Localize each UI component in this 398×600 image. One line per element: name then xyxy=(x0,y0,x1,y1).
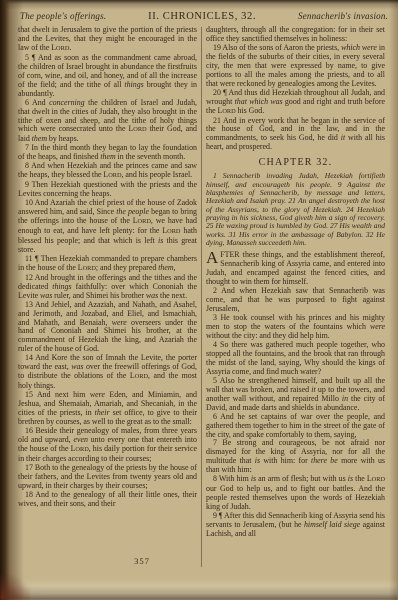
page-text-block: The people's offerings. II. CHRONICLES, … xyxy=(18,11,390,567)
verse: AFTER these things, and the establishmen… xyxy=(206,251,385,287)
verse-continuation: that dwelt in Jerusalem to give the port… xyxy=(18,26,197,54)
verse-number: 6 xyxy=(213,412,217,421)
verse: 12 And brought in the offerings and the … xyxy=(18,274,197,301)
verse: 20 ¶ And thus did Hezekiah throughout al… xyxy=(206,89,385,117)
verse: 18 And to the genealogy of all their lit… xyxy=(18,491,197,509)
verse-number: 9 xyxy=(25,180,29,189)
verse-number: 11 xyxy=(25,254,33,263)
verse-number: 15 xyxy=(25,390,33,399)
verse: 19 Also of the sons of Aaron the priests… xyxy=(206,44,385,89)
drop-cap-letter: A xyxy=(206,251,220,266)
verse: 17 Both to the genealogy of the priests … xyxy=(18,464,197,491)
verse-continuation: daughters, through all the congregation:… xyxy=(206,26,385,44)
verse-number: 16 xyxy=(25,426,33,435)
running-head: The people's offerings. II. CHRONICLES, … xyxy=(20,11,388,22)
verse-number: 17 xyxy=(25,463,33,472)
running-head-center: II. CHRONICLES, 32. xyxy=(148,11,256,22)
verse: 5 ¶ And as soon as the commandment came … xyxy=(18,54,197,99)
column-divider xyxy=(201,27,202,567)
verse-number: 3 xyxy=(213,313,217,322)
verse: 8 And when Hezekiah and the princes came… xyxy=(18,162,197,181)
verse-number: 5 xyxy=(213,376,217,385)
verse: 4 So there was gathered much people toge… xyxy=(206,341,385,377)
verse: 16 Beside their genealogy of males, from… xyxy=(18,427,197,464)
verse: 11 ¶ Then Hezekiah commanded to prepare … xyxy=(18,255,197,274)
verse: 6 And concerning the children of Israel … xyxy=(18,99,197,145)
verse: 2 And when Hezekiah saw that Sennacherib… xyxy=(206,287,385,314)
verse: 7 Be strong and courageous, be not afrai… xyxy=(206,439,385,475)
verse-number: 7 xyxy=(25,143,29,152)
chapter-summary: 1 Sennacherib invading Judah, Hezekiah f… xyxy=(206,172,385,247)
book-cover-corner xyxy=(0,574,30,600)
verse: 13 And Jehiel, and Azaziah, and Nahath, … xyxy=(18,301,197,355)
chapter-heading: CHAPTER 32. xyxy=(206,158,385,168)
verse-number: 9 xyxy=(213,511,217,520)
verse-number: 13 xyxy=(25,300,33,309)
verse-number: 18 xyxy=(25,490,33,499)
verse-number: 21 xyxy=(213,116,221,125)
verse: 3 He took counsel with his princes and h… xyxy=(206,314,385,341)
verse-number: 4 xyxy=(213,340,217,349)
verse: 8 With him is an arm of flesh; but with … xyxy=(206,475,385,512)
scanned-bible-page: The people's offerings. II. CHRONICLES, … xyxy=(0,0,398,600)
verse-number: 12 xyxy=(25,273,33,282)
verse: 21 And in every work that he began in th… xyxy=(206,117,385,153)
running-head-left: The people's offerings. xyxy=(20,11,106,21)
verse: 15 And next him were Eden, and Miniamin,… xyxy=(18,391,197,427)
verse-number: 20 xyxy=(213,88,221,97)
verse-number: 19 xyxy=(213,43,221,52)
page-bottom-edge xyxy=(0,578,398,600)
verse-number: 14 xyxy=(25,353,33,362)
verse: 7 In the third month they began to lay t… xyxy=(18,144,197,162)
verse-number: 7 xyxy=(213,438,217,447)
verse-number: 2 xyxy=(213,286,217,295)
two-column-text: that dwelt in Jerusalem to give the port… xyxy=(18,26,390,567)
verse: 6 And he set captains of war over the pe… xyxy=(206,413,385,440)
verse: 10 And Azariah the chief priest of the h… xyxy=(18,199,197,255)
left-column: that dwelt in Jerusalem to give the port… xyxy=(18,26,197,567)
verse-number: 10 xyxy=(25,198,33,207)
verse-number: 8 xyxy=(213,474,217,483)
verse-number: 8 xyxy=(25,161,29,170)
verse-number: 5 xyxy=(25,53,29,62)
right-column: daughters, through all the congregation:… xyxy=(206,26,385,567)
page-number: 357 xyxy=(112,556,172,566)
verse: 5 Also he strengthened himself, and buil… xyxy=(206,377,385,413)
verse-number: 6 xyxy=(25,98,29,107)
running-head-right: Sennacherib's invasion. xyxy=(298,11,388,21)
verse: 9 Then Hezekiah questioned with the prie… xyxy=(18,181,197,199)
verse: 14 And Kore the son of Imnah the Levite,… xyxy=(18,354,197,391)
verse: 9 ¶ After this did Sennacherib king of A… xyxy=(206,512,385,539)
